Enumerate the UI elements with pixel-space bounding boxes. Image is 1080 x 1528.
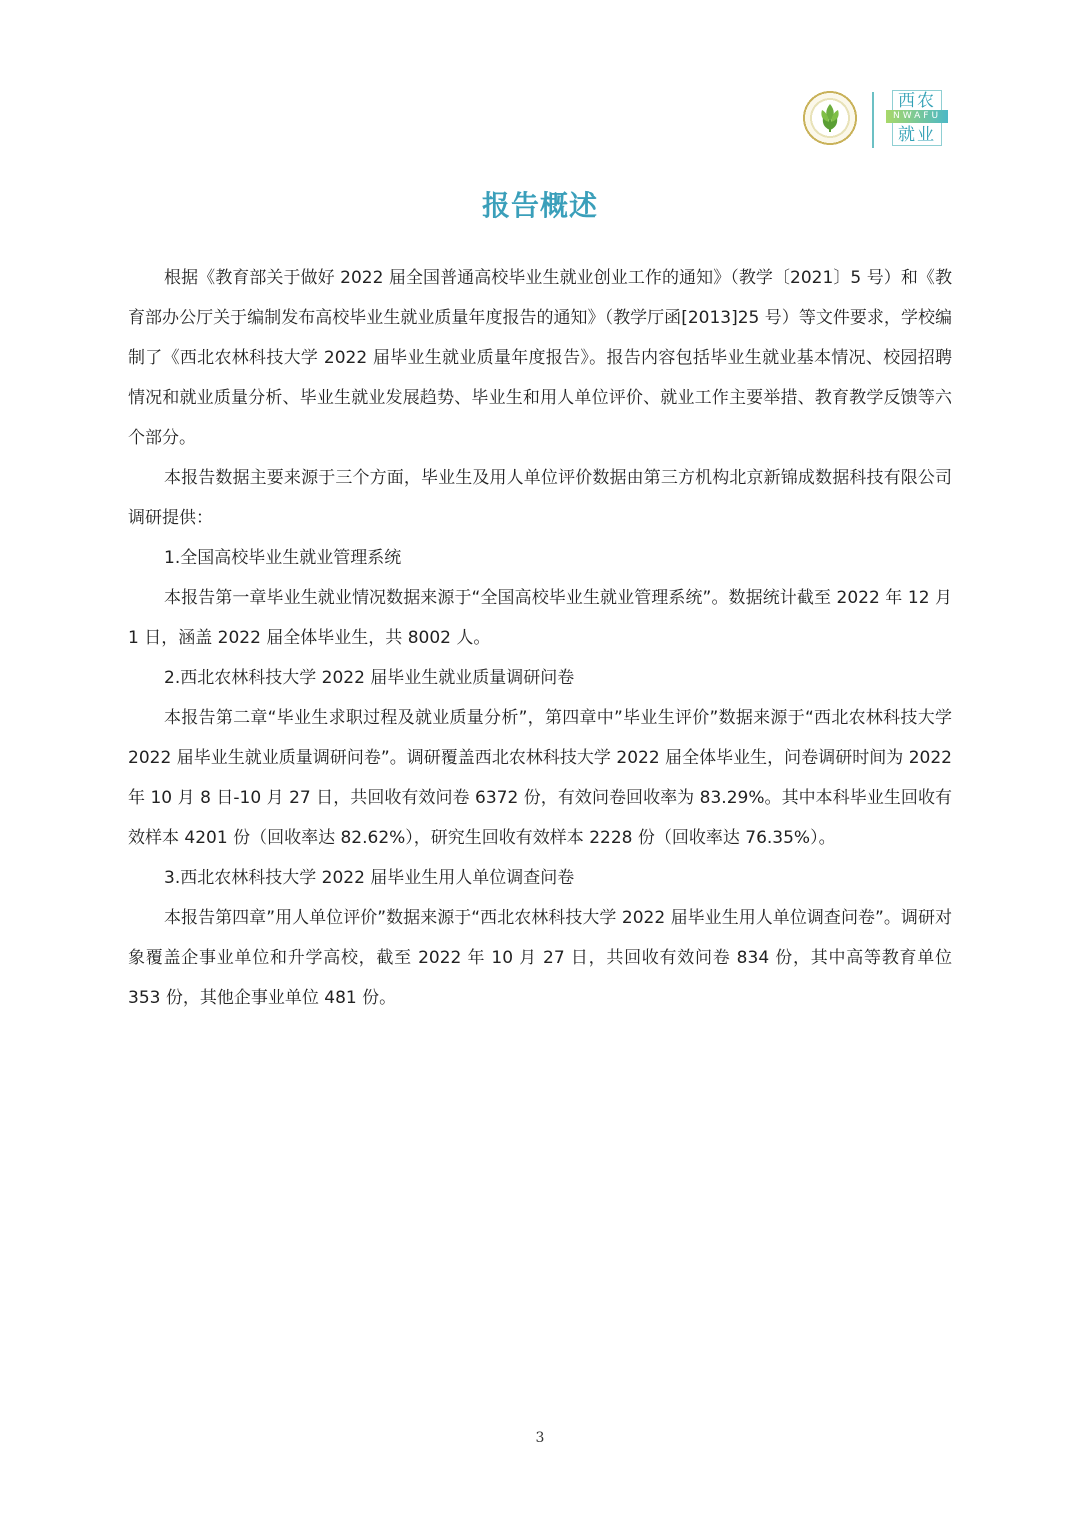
brand-text-bottom: 就业 (892, 126, 942, 144)
paragraph-data-sources: 本报告数据主要来源于三个方面，毕业生及用人单位评价数据由第三方机构北京新锦成数据… (128, 458, 952, 538)
page-title: 报告概述 (0, 184, 1080, 224)
logo-divider (872, 92, 874, 148)
source-heading-3: 3.西北农林科技大学 2022 届毕业生用人单位调查问卷 (128, 858, 952, 898)
header-logo: 西农 NWAFU 就业 (800, 88, 956, 152)
report-overview-body: 根据《教育部关于做好 2022 届全国普通高校毕业生就业创业工作的通知》（教学〔… (128, 258, 952, 1018)
paragraph-intro: 根据《教育部关于做好 2022 届全国普通高校毕业生就业创业工作的通知》（教学〔… (128, 258, 952, 458)
nwafu-employment-logo: 西农 NWAFU 就业 (886, 90, 948, 146)
page-number: 3 (0, 1430, 1080, 1446)
paragraph-source-3: 本报告第四章”用人单位评价”数据来源于“西北农林科技大学 2022 届毕业生用人… (128, 898, 952, 1018)
brand-text-top: 西农 (892, 92, 942, 110)
source-heading-2: 2.西北农林科技大学 2022 届毕业生就业质量调研问卷 (128, 658, 952, 698)
paragraph-source-1: 本报告第一章毕业生就业情况数据来源于“全国高校毕业生就业管理系统”。数据统计截至… (128, 578, 952, 658)
university-emblem-icon (802, 90, 858, 146)
brand-band: NWAFU (886, 110, 948, 123)
source-heading-1: 1.全国高校毕业生就业管理系统 (128, 538, 952, 578)
paragraph-source-2: 本报告第二章“毕业生求职过程及就业质量分析”，第四章中”毕业生评价”数据来源于“… (128, 698, 952, 858)
